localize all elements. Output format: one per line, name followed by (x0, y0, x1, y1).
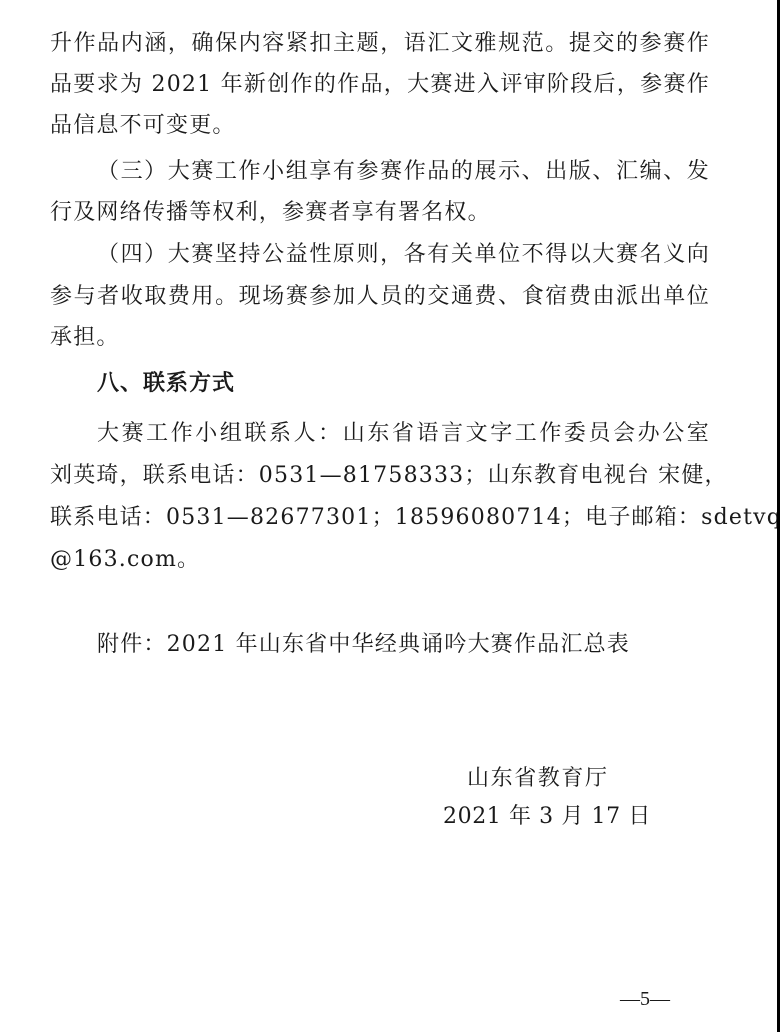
body-text-line: 品信息不可变更。 (50, 111, 710, 141)
contact-text-line: 刘英琦，联系电话：0531—81758333；山东教育电视台 宋健， (50, 461, 710, 491)
issue-date: 2021 年 3 月 17 日 (443, 802, 651, 832)
attachment-line: 附件：2021 年山东省中华经典诵吟大赛作品汇总表 (97, 630, 637, 660)
document-page: 升作品内涵，确保内容紧扣主题，语汇文雅规范。提交的参赛作 品要求为 2021 年… (0, 0, 777, 1032)
body-text-line: （三）大赛工作小组享有参赛作品的展示、出版、汇编、发 (97, 157, 710, 187)
body-text-line: 承担。 (50, 323, 710, 353)
body-text-line: 升作品内涵，确保内容紧扣主题，语汇文雅规范。提交的参赛作 (50, 29, 710, 59)
contact-email-line: @163.com。 (50, 545, 710, 575)
contact-text-line: 联系电话：0531—82677301；18596080714；电子邮箱：sdet… (50, 503, 710, 533)
body-text-line: 品要求为 2021 年新创作的作品，大赛进入评审阶段后，参赛作 (50, 70, 710, 100)
page-number: —5— (620, 984, 670, 1014)
section-heading: 八、联系方式 (97, 369, 710, 399)
body-text-line: （四）大赛坚持公益性原则，各有关单位不得以大赛名义向 (97, 240, 710, 270)
body-text-line: 参与者收取费用。现场赛参加人员的交通费、食宿费由派出单位 (50, 282, 710, 312)
contact-text-line: 大赛工作小组联系人：山东省语言文字工作委员会办公室 (97, 419, 710, 449)
issuer-signature: 山东省教育厅 (467, 764, 609, 794)
body-text-line: 行及网络传播等权利，参赛者享有署名权。 (50, 198, 710, 228)
